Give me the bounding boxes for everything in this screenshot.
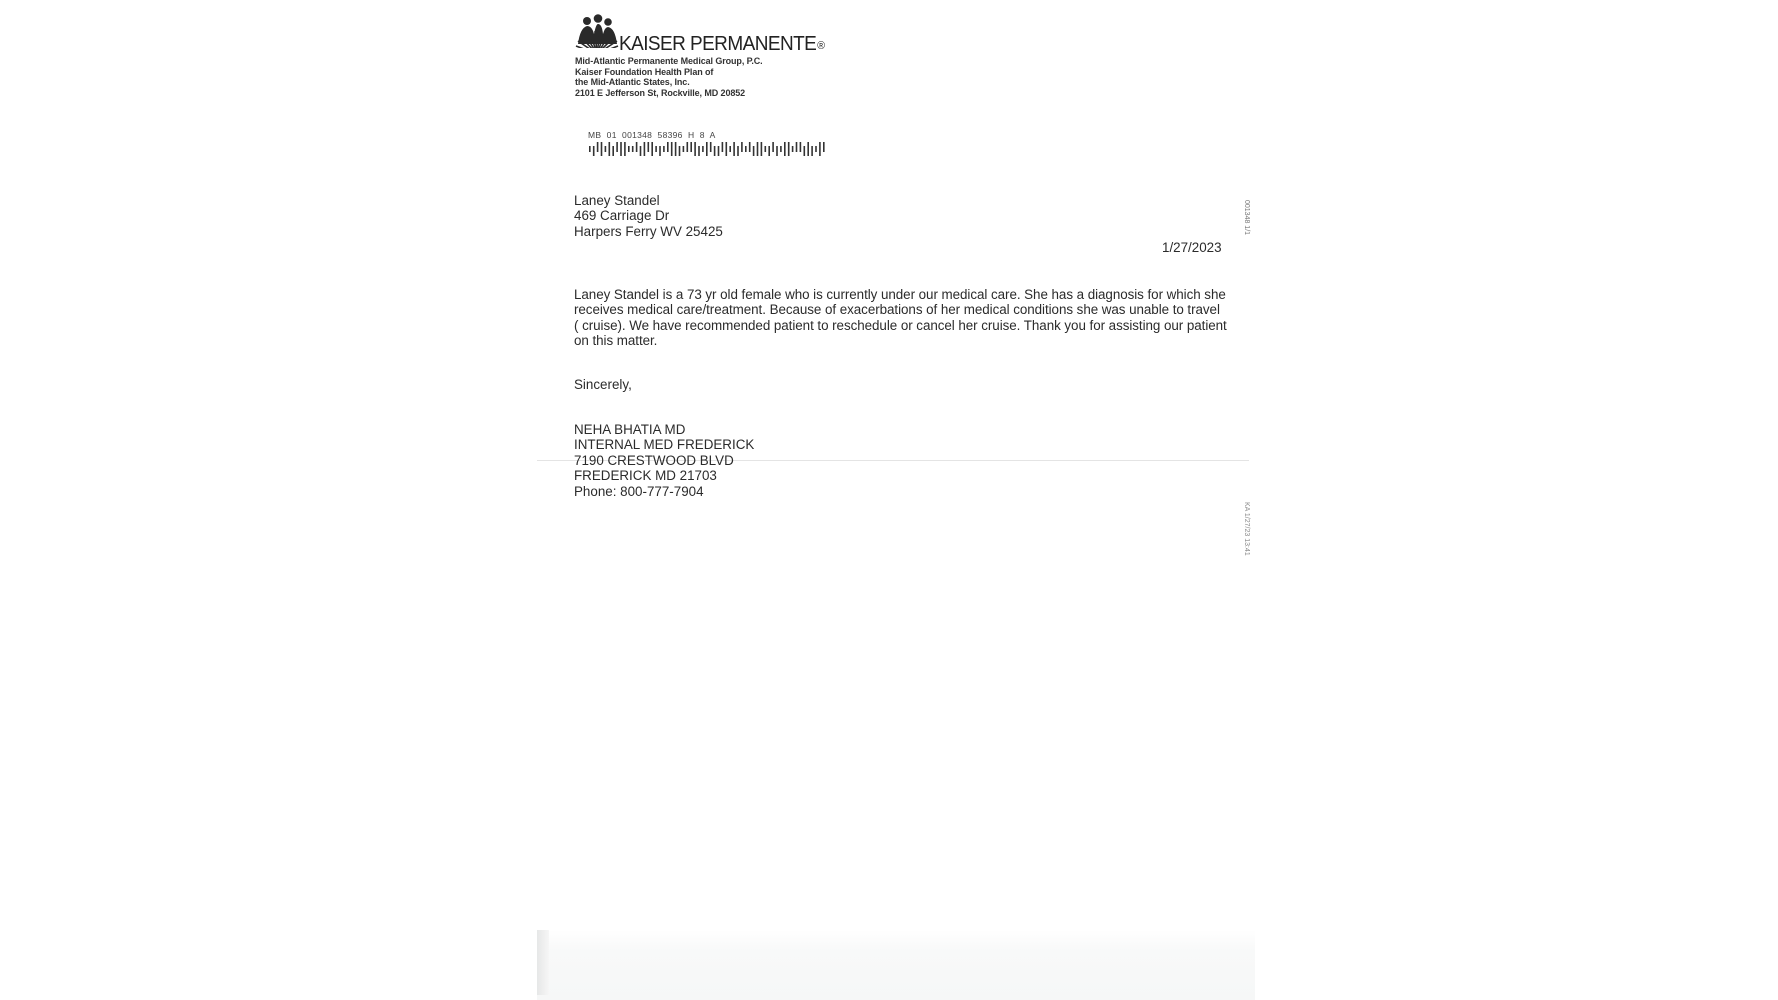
body-line: on this matter.	[574, 333, 1234, 348]
recipient-street: 469 Carriage Dr	[574, 208, 723, 223]
recipient-name: Laney Standel	[574, 193, 723, 208]
mailing-code: MB 01 001348 58396 H 8 A	[588, 130, 716, 140]
signer-name: NEHA BHATIA MD	[574, 422, 754, 437]
body-line: ( cruise). We have recommended patient t…	[574, 318, 1234, 333]
signer-department: INTERNAL MED FREDERICK	[574, 437, 754, 452]
kaiser-permanente-logo-icon	[575, 14, 619, 56]
org-line: the Mid-Atlantic States, Inc.	[575, 77, 763, 88]
signer-city: FREDERICK MD 21703	[574, 468, 754, 483]
postal-barcode-icon	[588, 141, 833, 157]
recipient-address: Laney Standel 469 Carriage Dr Harpers Fe…	[574, 193, 723, 239]
organization-address: Mid-Atlantic Permanente Medical Group, P…	[575, 56, 763, 98]
org-line: Kaiser Foundation Health Plan of	[575, 67, 763, 78]
letter-body: Laney Standel is a 73 yr old female who …	[574, 287, 1234, 349]
closing: Sincerely,	[574, 377, 632, 392]
signer-street: 7190 CRESTWOOD BLVD	[574, 453, 754, 468]
registered-mark: ®	[817, 40, 824, 52]
letter-date: 1/27/2023	[1162, 240, 1222, 255]
body-line: receives medical care/treatment. Because…	[574, 302, 1234, 317]
org-line: 2101 E Jefferson St, Rockville, MD 20852	[575, 88, 763, 99]
recipient-city: Harpers Ferry WV 25425	[574, 224, 723, 239]
brand-name: KAISER PERMANENTE®	[619, 33, 824, 56]
signature-block: NEHA BHATIA MD INTERNAL MED FREDERICK 71…	[574, 422, 754, 499]
margin-code-bottom: KA 1/27/23 13:41	[1243, 502, 1250, 556]
body-line: Laney Standel is a 73 yr old female who …	[574, 287, 1234, 302]
margin-code-top: 001348 1/1	[1243, 200, 1250, 235]
scan-shadow	[537, 930, 1255, 1000]
signer-phone: Phone: 800-777-7904	[574, 484, 754, 499]
org-line: Mid-Atlantic Permanente Medical Group, P…	[575, 56, 763, 67]
